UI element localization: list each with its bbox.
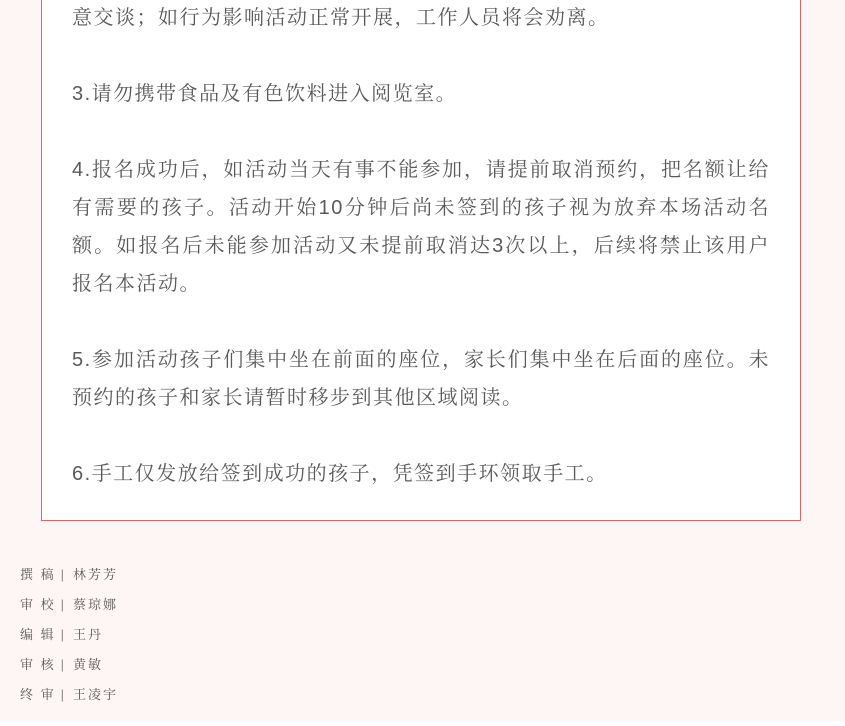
credit-label: 撰 稿 [20,567,56,582]
credit-separator: | [61,597,66,612]
credit-name: 王丹 [73,627,103,642]
credit-label: 终 审 [20,687,56,702]
rule-paragraph-continuation: 意交谈；如行为影响活动正常开展，工作人员将会劝离。 [72,0,770,37]
rule-paragraph-6: 6.手工仅发放给签到成功的孩子，凭签到手环领取手工。 [72,455,770,493]
credit-name: 林芳芳 [73,567,118,582]
credit-row-reviewer: 审 核|黄敏 [20,650,118,680]
rule-paragraph-5: 5.参加活动孩子们集中坐在前面的座位，家长们集中坐在后面的座位。未预约的孩子和家… [72,341,770,417]
credit-separator: | [61,657,66,672]
credit-row-final-reviewer: 终 审|王凌宇 [20,680,118,710]
page-bottom-divider [0,721,845,726]
credit-name: 王凌宇 [73,687,118,702]
rule-paragraph-3: 3.请勿携带食品及有色饮料进入阅览室。 [72,75,770,113]
credit-row-editor: 编 辑|王丹 [20,620,118,650]
credit-row-proofreader: 审 校|蔡琼娜 [20,590,118,620]
article-page: 意交谈；如行为影响活动正常开展，工作人员将会劝离。 3.请勿携带食品及有色饮料进… [0,0,845,726]
credit-label: 审 校 [20,597,56,612]
rule-paragraph-4: 4.报名成功后，如活动当天有事不能参加，请提前取消预约，把名额让给有需要的孩子。… [72,151,770,303]
credits: 撰 稿|林芳芳 审 校|蔡琼娜 编 辑|王丹 审 核|黄敏 终 审|王凌宇 [20,560,118,710]
credit-row-writer: 撰 稿|林芳芳 [20,560,118,590]
credit-label: 审 核 [20,657,56,672]
credit-separator: | [61,687,66,702]
credit-separator: | [61,567,66,582]
credit-name: 黄敏 [73,657,103,672]
credit-label: 编 辑 [20,627,56,642]
credit-name: 蔡琼娜 [73,597,118,612]
notice-box: 意交谈；如行为影响活动正常开展，工作人员将会劝离。 3.请勿携带食品及有色饮料进… [41,0,801,521]
credit-separator: | [61,627,66,642]
